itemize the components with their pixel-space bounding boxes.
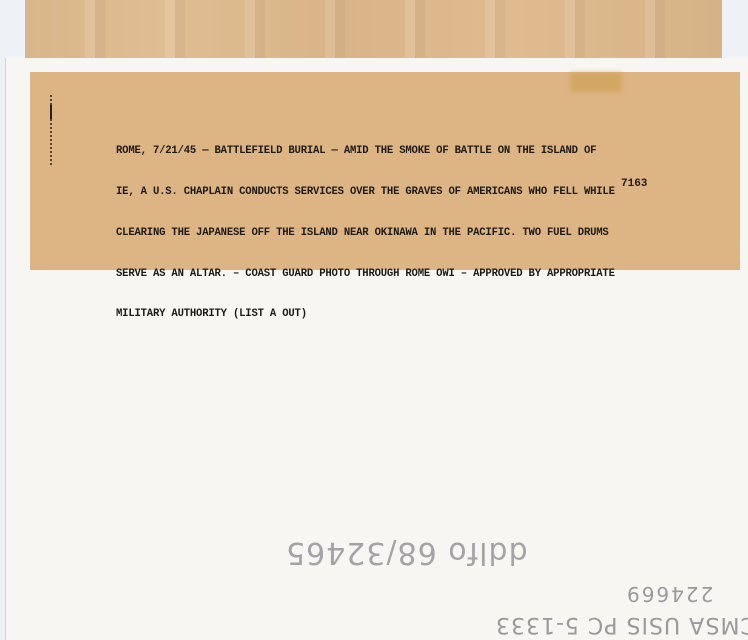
caption-line: MILITARY AUTHORITY (LIST A OUT): [116, 308, 716, 322]
caption-line: ROME, 7/21/45 — BATTLEFIELD BURIAL — AMI…: [116, 145, 716, 159]
glue-stain: [570, 72, 622, 92]
margin-mark: [50, 95, 54, 165]
typed-caption: ROME, 7/21/45 — BATTLEFIELD BURIAL — AMI…: [116, 118, 716, 336]
handwritten-archive-ref: ddlfo 68/32465: [285, 535, 528, 570]
caption-line: SERVE AS AN ALTAR. – COAST GUARD PHOTO T…: [116, 268, 716, 282]
caption-line: CLEARING THE JAPANESE OFF THE ISLAND NEA…: [116, 227, 716, 241]
handwritten-collection-id: CMSA USIS PC 5-1333: [495, 612, 748, 637]
handwritten-number: 224669: [625, 582, 713, 606]
backing-paper: [25, 0, 722, 60]
reference-number: 7163: [621, 178, 647, 190]
